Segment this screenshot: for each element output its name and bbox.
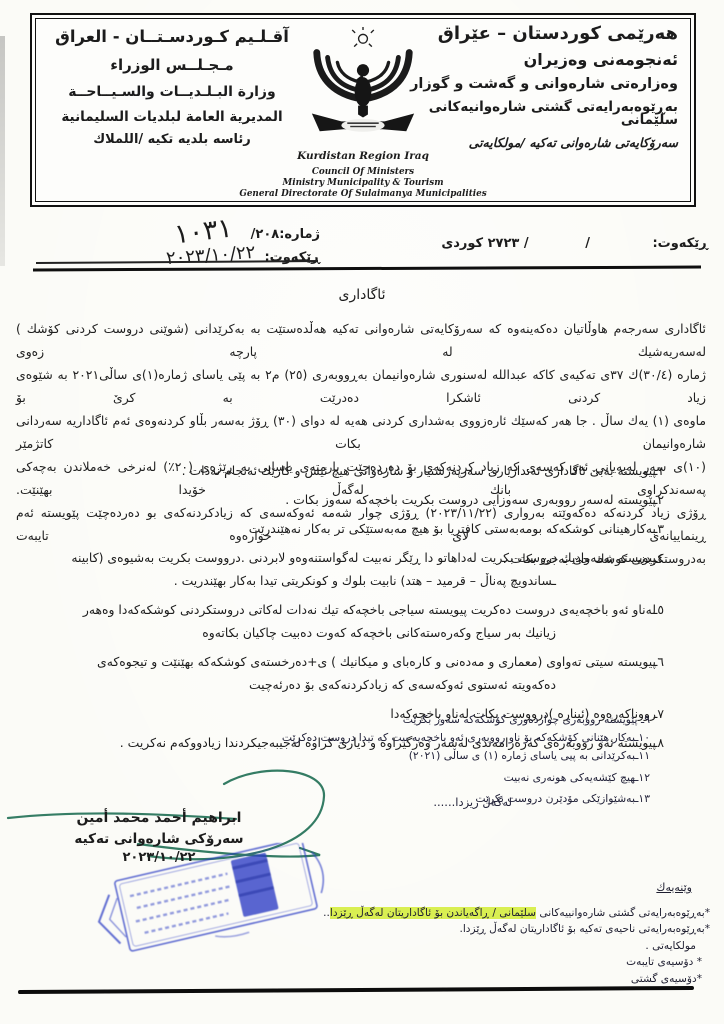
kurdish-date-label: ڕێکەوت:	[652, 236, 708, 251]
item-text: پیویستە سیتی تەواوی (معماری و مەدەنی و ک…	[97, 654, 656, 692]
item-text: لەناو ئەو باخچەیەی دروست دەکریت پیویستە …	[83, 602, 656, 640]
item-number: ١٢ـ	[635, 771, 650, 784]
copy-item: *بەڕێوەبەرایەتی ناحیەی تەکیە بۆ ئاگاداری…	[310, 921, 710, 938]
kurdish-year-value: / ٢٧٢٣ کوردی	[441, 236, 528, 251]
letterhead-box: هەرێمی کوردستان – عێراق ئەنجومەنی وەزیرا…	[30, 13, 696, 207]
signatory-title: سەرۆکی شارەوانی تەکیە	[34, 831, 284, 847]
condition-item: ٢ـپێویستە لەسەر رووبەری سەوزایی دروست بک…	[60, 488, 706, 511]
reference-block: ژماره:٢٠٨/ ١٠٣١ ڕێکەوت: ٢٠٢٣/١٠/٢٢	[36, 214, 320, 266]
condition-item: ٩ـ پێویستە رووبەری چواردەوری کۆشکەکە سەو…	[110, 711, 650, 729]
condition-item: ١٠ـبەکار هێنانی کۆشکەکە بۆ ناو رووبەری ئ…	[110, 729, 650, 747]
condition-item: ١٢ـهیچ کێشەیەکی هونەری نەبیت	[110, 769, 650, 787]
item-number: ٦ـ	[654, 650, 664, 673]
signature-date: ٢٠٢٣/١٠/٢٢	[34, 850, 284, 865]
condition-item: ٦ـپیویستە سیتی تەواوی (معماری و مەدەنی و…	[60, 650, 706, 696]
arabic-line: آقـلـيم كـوردسـتــان - العراق	[46, 29, 298, 46]
copies-block: وێنەیەك *بەڕێوەبەرایەتی گشتی شارەوانییەک…	[310, 880, 710, 987]
item-text: بەکرێدانی بە پیی یاسای ژمارە (١) ی ساڵی …	[409, 749, 636, 762]
arabic-line: وزارة البـلـديــات والسـيــاحــة	[46, 85, 298, 99]
english-line: Council Of Ministers	[239, 167, 486, 178]
item-text: پیویستە بەبێ ئاگاداری ئەندازیاری سەرپەرش…	[182, 463, 656, 478]
item-text: پێویستە رووبەری چواردەوری کۆشکەکە سەوز ب…	[403, 713, 638, 726]
item-number: ١ـ	[654, 459, 664, 482]
item-number: ٩ـ	[638, 713, 650, 726]
sun-icon	[352, 27, 374, 47]
signature-block: ابراهيم أحمد محمد أمين سەرۆکی شارەوانی ت…	[34, 810, 284, 865]
condition-item: ١ـپیویستە بەبێ ئاگاداری ئەندازیاری سەرپە…	[60, 459, 706, 482]
item-number: ٨ـ	[654, 731, 664, 754]
item-number: ١١ـ	[635, 749, 650, 762]
copies-title: وێنەیەك	[310, 880, 710, 897]
item-number: ٧ـ	[654, 702, 664, 725]
item-text: پیویستە بەمەوادیك دروست بکریت لەداهاتو د…	[71, 550, 656, 588]
copy-text: ..	[323, 907, 330, 919]
scanned-letter-page: هەرێمی کوردستان – عێراق ئەنجومەنی وەزیرا…	[0, 0, 724, 1024]
condition-item: ١١ـبەکرێدانی بە پیی یاسای ژمارە (١) ی سا…	[110, 747, 650, 765]
item-number: ٤ـ	[654, 546, 664, 569]
item-number: ١٠ـ	[635, 731, 650, 744]
item-text: پێویستە لەسەر رووبەری سەوزایی دروست بکری…	[285, 492, 656, 507]
scan-edge-smudge	[0, 36, 5, 266]
krg-eagle-emblem	[304, 27, 422, 149]
english-letterhead: Kurdistan Region Iraq Council Of Ministe…	[239, 150, 486, 200]
kurdish-date-line: ڕێکەوت: / / ٢٧٢٣ کوردی	[441, 236, 708, 251]
bottom-rule-line	[18, 986, 694, 994]
closing-salutation: لەگەل ریزدا......	[433, 795, 512, 809]
condition-item: ٥ـلەناو ئەو باخچەیەی دروست دەکریت پیویست…	[60, 598, 706, 644]
english-org-name: Kurdistan Region Iraq	[239, 150, 486, 163]
arabic-letterhead: آقـلـيم كـوردسـتــان - العراق مـجـلــس ا…	[46, 29, 298, 158]
body-line: ماوەی (١) یەك ساڵ . جا هەر کەسێك ئارەزوو…	[16, 409, 706, 455]
notice-title: ئاگاداری	[0, 287, 724, 303]
copy-item: *دۆسیەی گشتی	[310, 971, 710, 988]
english-line: Ministry Municipality & Tourism	[239, 178, 486, 189]
letter-date-label: ڕێکەوت:	[264, 250, 320, 265]
arabic-line: المديرية العامة لبلديات السليمانية	[46, 111, 298, 125]
arabic-line: رئاسه بلديه تكيه /اللملاك	[46, 133, 298, 146]
extra-conditions-list: ٩ـ پێویستە رووبەری چواردەوری کۆشکەکە سەو…	[110, 711, 650, 808]
item-number: ١٣ـ	[635, 792, 650, 805]
condition-item: ٣ـبەکارهینانی کوشکەکە بومەبەستی کافتریا …	[60, 517, 706, 540]
highlight-mark: سلێمانی / ڕاگەیاندن بۆ ئاگاداریتان لەگەڵ…	[330, 907, 536, 919]
item-number: ٢ـ	[654, 488, 664, 511]
item-number: ٥ـ	[654, 598, 664, 621]
body-line: ئاگاداری سەرجەم هاوڵاتیان دەکەینەوە کە س…	[16, 317, 706, 363]
condition-item: ١٣ـبەشێوازێکی مۆدێرن دروست بکرێت	[110, 790, 650, 808]
body-line: ژمارە (٣٠/٤)ك ٣٧ی تەکیەی کاکە عبداللە لە…	[16, 363, 706, 409]
header-divider-line	[33, 266, 701, 272]
item-text: هیچ کێشەیەکی هونەری نەبیت	[504, 771, 636, 784]
item-text: بەکارهینانی کوشکەکە بومەبەستی کافتریا بۆ…	[249, 521, 656, 536]
item-number: ٣ـ	[654, 517, 664, 540]
item-text: بەکار هێنانی کۆشکەکە بۆ ناو رووبەری ئەو …	[282, 731, 635, 744]
arabic-line: مـجـلــس الوزراء	[46, 58, 298, 73]
signatory-name: ابراهيم أحمد محمد أمين	[34, 810, 284, 826]
copy-item: *بەڕێوەبەرایەتی گشتی شارەوانییەکانی سلێم…	[310, 905, 710, 922]
kurdish-date-slash: /	[585, 236, 590, 251]
eagle-body	[354, 64, 371, 117]
copy-item: مولکایەتی .	[310, 938, 710, 955]
copy-text: *بەڕێوەبەرایەتی گشتی شارەوانییەکانی	[536, 907, 710, 919]
letter-number-label: ژماره:٢٠٨/	[251, 227, 320, 242]
english-line: General Directorate Of Sulaimanya Munici…	[239, 189, 486, 200]
copy-item: * دۆسیەی تایبەت	[310, 954, 710, 971]
condition-item: ٤ـپیویستە بەمەوادیك دروست بکریت لەداهاتو…	[60, 546, 706, 592]
